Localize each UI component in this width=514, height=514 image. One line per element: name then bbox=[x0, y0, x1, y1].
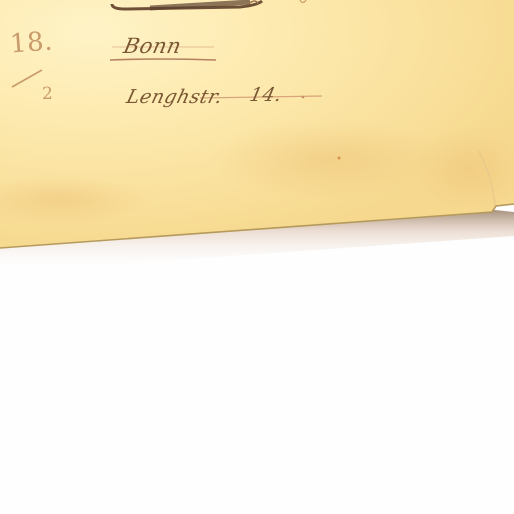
address-house-number: 14. bbox=[248, 84, 284, 106]
envelope-paper bbox=[0, 0, 514, 514]
margin-note-number: 18. bbox=[9, 27, 54, 60]
address-city: Bonn bbox=[121, 34, 183, 58]
photo-stage: 18. 2 Bonn Lenghstr. 14. bbox=[0, 0, 514, 514]
margin-note-denominator: 2 bbox=[42, 84, 53, 104]
address-street: Lenghstr. bbox=[124, 86, 225, 108]
